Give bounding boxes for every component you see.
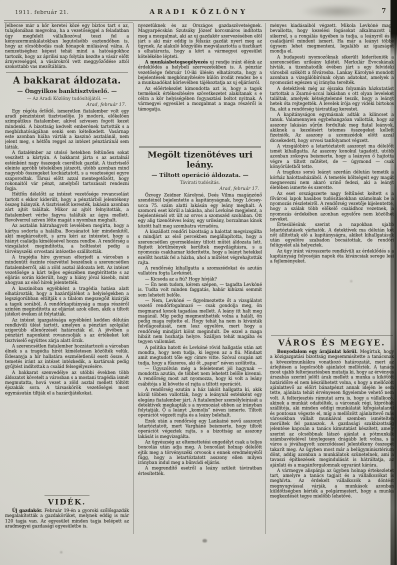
article-byline: Távirati tudósítás. xyxy=(138,181,262,186)
column-divider-left xyxy=(133,23,134,534)
section-title-videk: VIDÉK. xyxy=(5,498,129,507)
paragraph: Egy régóta őrlődő, ismeretlen fiatalembe… xyxy=(5,109,129,150)
column-middle: nyezetüknek és az Országos gazdaszövetsé… xyxy=(138,24,262,535)
page-number: 7 xyxy=(381,8,386,16)
paragraph: A rendőrség ezután a ház lakóit hallgatt… xyxy=(138,387,262,418)
article-top-rule xyxy=(6,72,128,73)
paragraph: Jelbecse már a kör keretei közé egy bizt… xyxy=(5,24,129,70)
paragraph: Az intézet igazgatósága egyébként kedden… xyxy=(5,318,129,344)
varos-es-megye-body: Bonyodalom egy árajánlat körül. Megírtuk… xyxy=(270,350,394,500)
paragraph: Özvegy Zeidner Károlyné, Deés Vilma magá… xyxy=(138,193,262,229)
paragraph: A tragédia híre gyorsan elterjedt a váro… xyxy=(5,255,129,286)
paragraph: A detektívek még az éjszaka folyamán ház… xyxy=(270,86,394,112)
article-top-rule xyxy=(139,147,261,148)
article-dateline: Arad, február 17. xyxy=(5,102,126,107)
right-intro-paragraphs: ményes kiadásaiból végzett. Mikola Levkó… xyxy=(270,24,394,265)
paragraph: Ezek után a rendőrség egy Lankainé nevű … xyxy=(138,419,262,440)
section-rule xyxy=(271,335,393,336)
paper-speck xyxy=(203,539,208,543)
paragraph: A kiszállott rendőri bizottság a halotta… xyxy=(138,230,262,266)
article-dateline: Arad, február 17. xyxy=(138,187,259,192)
left-column-flow: Jelbecse már a kör keretei közé egy bizt… xyxy=(5,24,129,492)
paper-speck xyxy=(30,150,33,153)
paragraph: Az eset országszerte nagy feltűnést kelt… xyxy=(270,191,394,222)
scan-edge-line xyxy=(395,0,397,565)
scanned-page-surface: 1911. február 21. ARADI KÖZLÖNY 7 Jelbec… xyxy=(0,0,397,565)
paper-speck xyxy=(350,280,353,283)
paragraph: A rendőrség kihallgatta a szomszédokat é… xyxy=(138,266,262,276)
paragraph: A tragikus sorsú leányt szerdán délután … xyxy=(270,170,394,191)
paragraph: Hétfőn délelőtt az intézet vezetősége ro… xyxy=(5,192,129,223)
scan-smudge xyxy=(300,4,375,19)
article-title-bakkarat: A bakkarat áldozata. xyxy=(5,75,129,86)
paragraph: nyezetüknek és az Országos gazdaszövetsé… xyxy=(138,24,262,60)
middle-intro-paragraphs: nyezetüknek és az Országos gazdaszövetsé… xyxy=(138,24,262,113)
varos-es-megye-section: VÁROS ÉS MEGYE. Bonyodalom egy árajánlat… xyxy=(270,333,394,535)
article-megolt: Megölt tizenötéves uri leány. — Tiltott … xyxy=(138,146,262,535)
paragraph: Az asztalán hátrahagyott levelében megír… xyxy=(5,224,129,255)
paragraph: Bonyodalom egy árajánlat körül. Megírtuk… xyxy=(270,350,394,468)
videk-body: Új gazdakör. Február 19-én a gyoroki sző… xyxy=(5,509,129,530)
paragraph: Új gazdakör. Február 19-én a gyoroki sző… xyxy=(5,509,129,530)
paragraph: A bakkarat szenvedélye az utóbbi években… xyxy=(5,370,129,396)
paragraph: A politika hatott és Levkóné rövid hallg… xyxy=(138,345,262,366)
paragraph: Az ügyészség az eltemettetési engedélyt … xyxy=(138,440,262,466)
paragraph: Az ügy iránt városszerte rendkívüli az é… xyxy=(270,249,394,264)
column-right: ményes kiadásaiból végzett. Mikola Levkó… xyxy=(270,24,394,535)
middle-column-flow: nyezetüknek és az Országos gazdaszövetsé… xyxy=(138,24,262,144)
paper-speck xyxy=(60,551,63,554)
paragraph: A kaszinóban egyébként a tragédia hatása… xyxy=(5,286,129,317)
paragraph: ményes kiadásaiból végzett. Mikola Levkó… xyxy=(270,24,394,55)
paragraph: A vizsgálóbíró a letartóztatott asszonyt… xyxy=(270,144,394,170)
column-left: Jelbecse már a kör keretei közé egy bizt… xyxy=(5,24,129,535)
left-intro-paragraphs: Jelbecse már a kör keretei közé egy bizt… xyxy=(5,24,129,70)
newspaper-page: 1911. február 21. ARADI KÖZLÖNY 7 Jelbec… xyxy=(0,0,397,565)
header-rule xyxy=(4,21,392,22)
paragraph: — Úgyszólván még a feleletemet jól hagyn… xyxy=(138,366,262,387)
article-body-megolt: Özvegy Zeidner Károlyné, Deés Vilma magá… xyxy=(138,193,262,477)
paragraph: A munkásbetegsegélyezés uj rendje iránt … xyxy=(138,60,262,86)
paper-speck xyxy=(165,380,168,383)
paragraph: A vármegye alispánja az ügyben holnap ér… xyxy=(270,468,394,499)
videk-section: VIDÉK. Új gazdakör. Február 19-én a gyor… xyxy=(5,494,129,530)
paragraph: — Nem, Levkóné — figyelmeztette őt a viz… xyxy=(138,298,262,344)
article-byline: — Az Aradi Közlöny tudósítójától. — xyxy=(5,96,129,101)
paragraph: Értesülésünk szerint a napokban ujabb le… xyxy=(270,223,394,249)
section-title-varos-es-megye: VÁROS ÉS MEGYE. xyxy=(270,338,394,348)
paragraph: A kapitányságon egymásnak adták a kilinc… xyxy=(270,113,394,144)
right-column-flow: ményes kiadásaiból végzett. Mikola Levkó… xyxy=(270,24,394,331)
paragraph: — Én nem tudom, kérem szépen, — tagadta … xyxy=(138,283,262,298)
article-title-megolt: Megölt tizenötéves uri leány. xyxy=(138,150,262,170)
article-subtitle: — Tiltott operáció áldozata. — xyxy=(138,172,262,179)
paragraph: A szerencsétlen fiatalember hozzátartozó… xyxy=(5,344,129,370)
paragraph: A budapesti nyomozóknak sikerült kiderít… xyxy=(270,55,394,86)
column-divider-right xyxy=(265,23,266,534)
article-body-bakkarat: Egy régóta őrlődő, ismeretlen fiatalembe… xyxy=(5,109,129,396)
paragraph: Az előértekezlet kimondotta azt is, hogy… xyxy=(138,86,262,112)
article-subtitle: — Öngyilkos banktisztviselő. — xyxy=(5,87,129,94)
paragraph: — Kicsoda az a fiú? Hogy hívják? xyxy=(138,277,262,282)
paragraph: A fiatalember az utolsó hetekben feltünő… xyxy=(5,151,129,192)
paragraph: A megrendítő esetről a leány szüleit táv… xyxy=(138,466,262,476)
section-rule xyxy=(45,496,90,497)
